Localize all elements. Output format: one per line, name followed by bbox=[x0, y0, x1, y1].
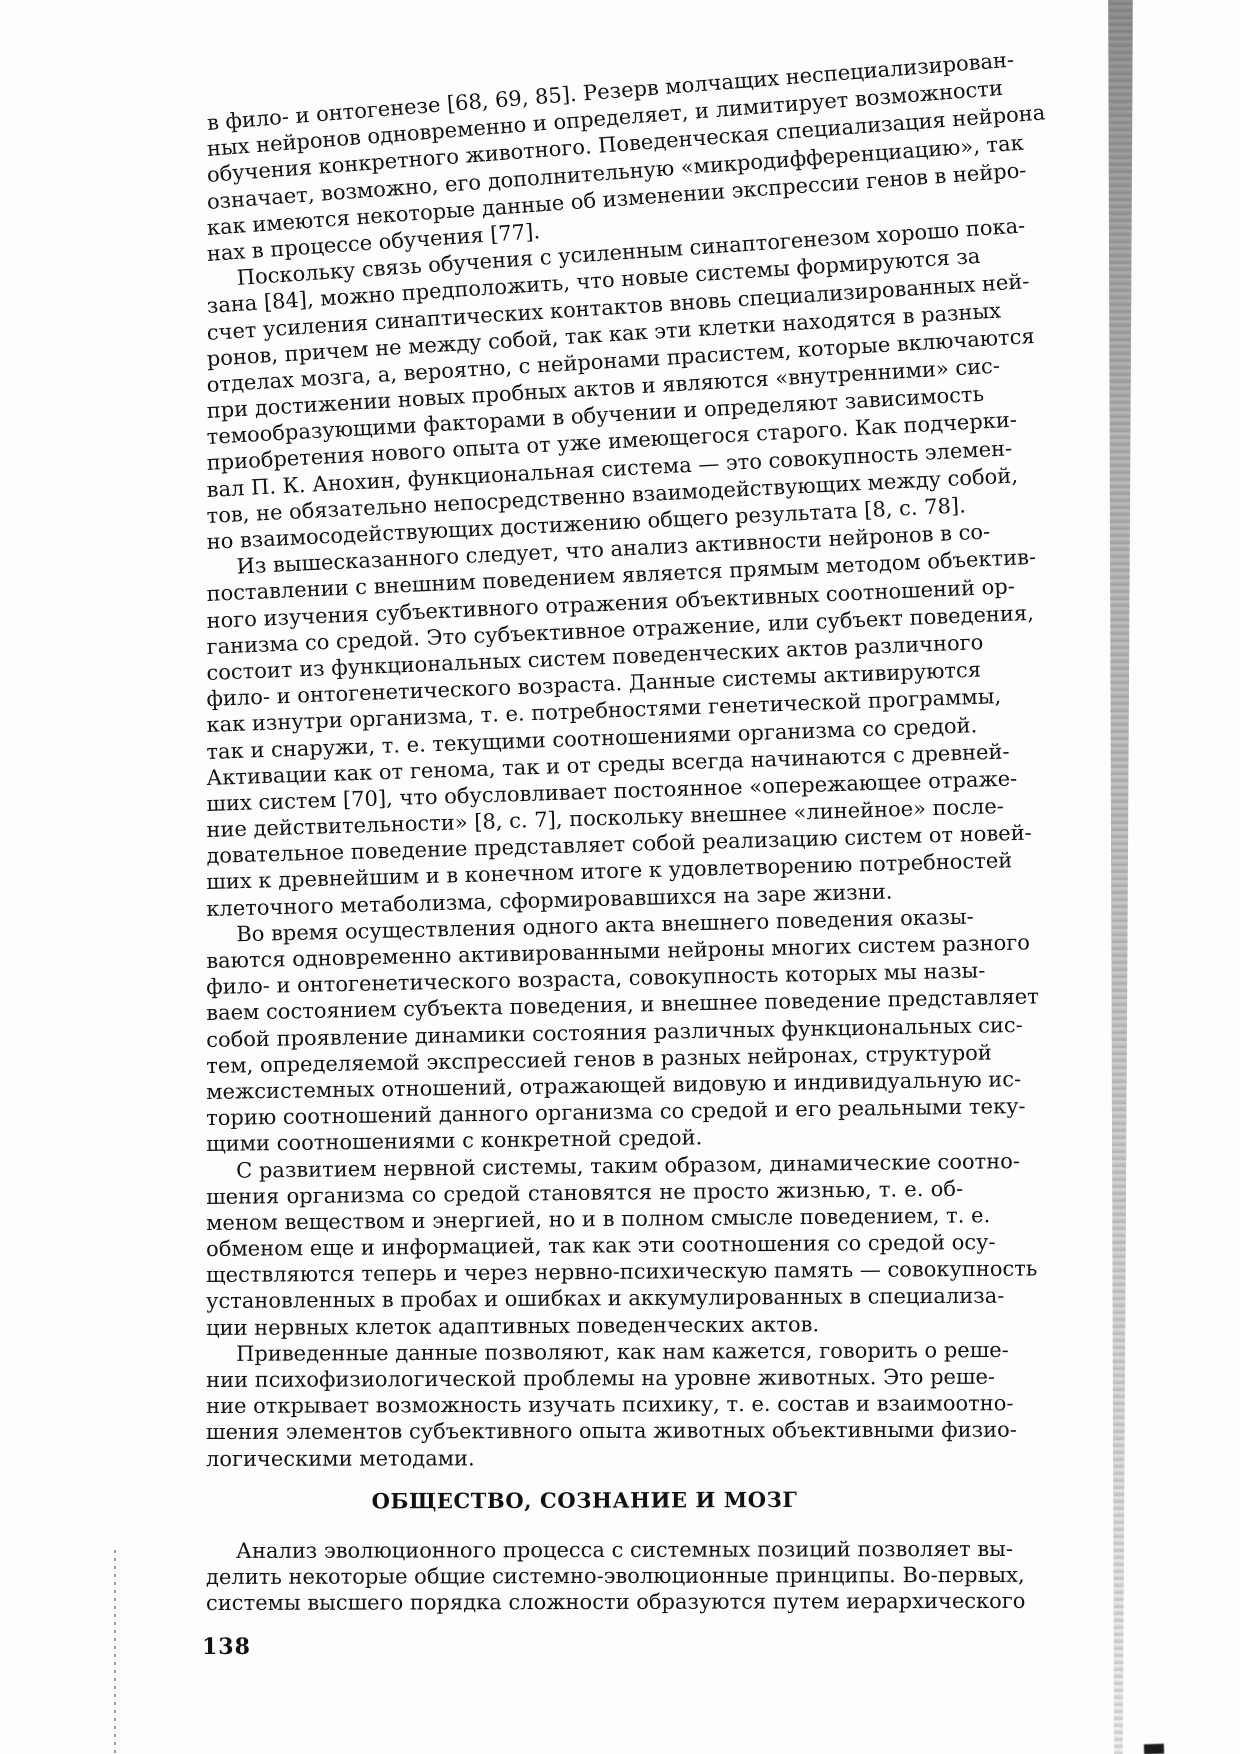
text-line: системы высшего порядка сложности образу… bbox=[206, 1588, 963, 1616]
text-line: ции нервных клеток адаптивных поведенчес… bbox=[206, 1310, 963, 1341]
scanned-book-page: в фило- и онтогенезе [68, 69, 85]. Резер… bbox=[0, 0, 1240, 1754]
scan-corner-speck bbox=[1144, 1744, 1164, 1754]
scan-gutter-artifact bbox=[1106, 0, 1133, 1754]
page-number: 138 bbox=[202, 1634, 251, 1660]
section-heading: ОБЩЕСТВО, СОЗНАНИЕ И МОЗГ bbox=[206, 1486, 963, 1514]
text-line: ние открывает возможность изучать психик… bbox=[206, 1391, 963, 1420]
scan-edge-dotted-line bbox=[114, 1550, 116, 1754]
text-line: установленных в пробах и ошибках и аккум… bbox=[206, 1283, 963, 1314]
after-heading-text-block: Анализ эволюционного процесса с системны… bbox=[206, 1538, 963, 1617]
text-line: Приведенные данные позволяют, как нам ка… bbox=[206, 1337, 963, 1367]
text-line: Анализ эволюционного процесса с системны… bbox=[206, 1536, 963, 1564]
text-line: делить некоторые общие системно-эволюцио… bbox=[206, 1562, 963, 1590]
text-line: нии психофизиологической проблемы на уро… bbox=[206, 1364, 963, 1393]
text-block: в фило- и онтогенезе [68, 69, 85]. Резер… bbox=[206, 110, 963, 1472]
text-line: логическими методами. bbox=[206, 1444, 963, 1472]
text-line: шения элементов субъективного опыта живо… bbox=[206, 1417, 963, 1445]
